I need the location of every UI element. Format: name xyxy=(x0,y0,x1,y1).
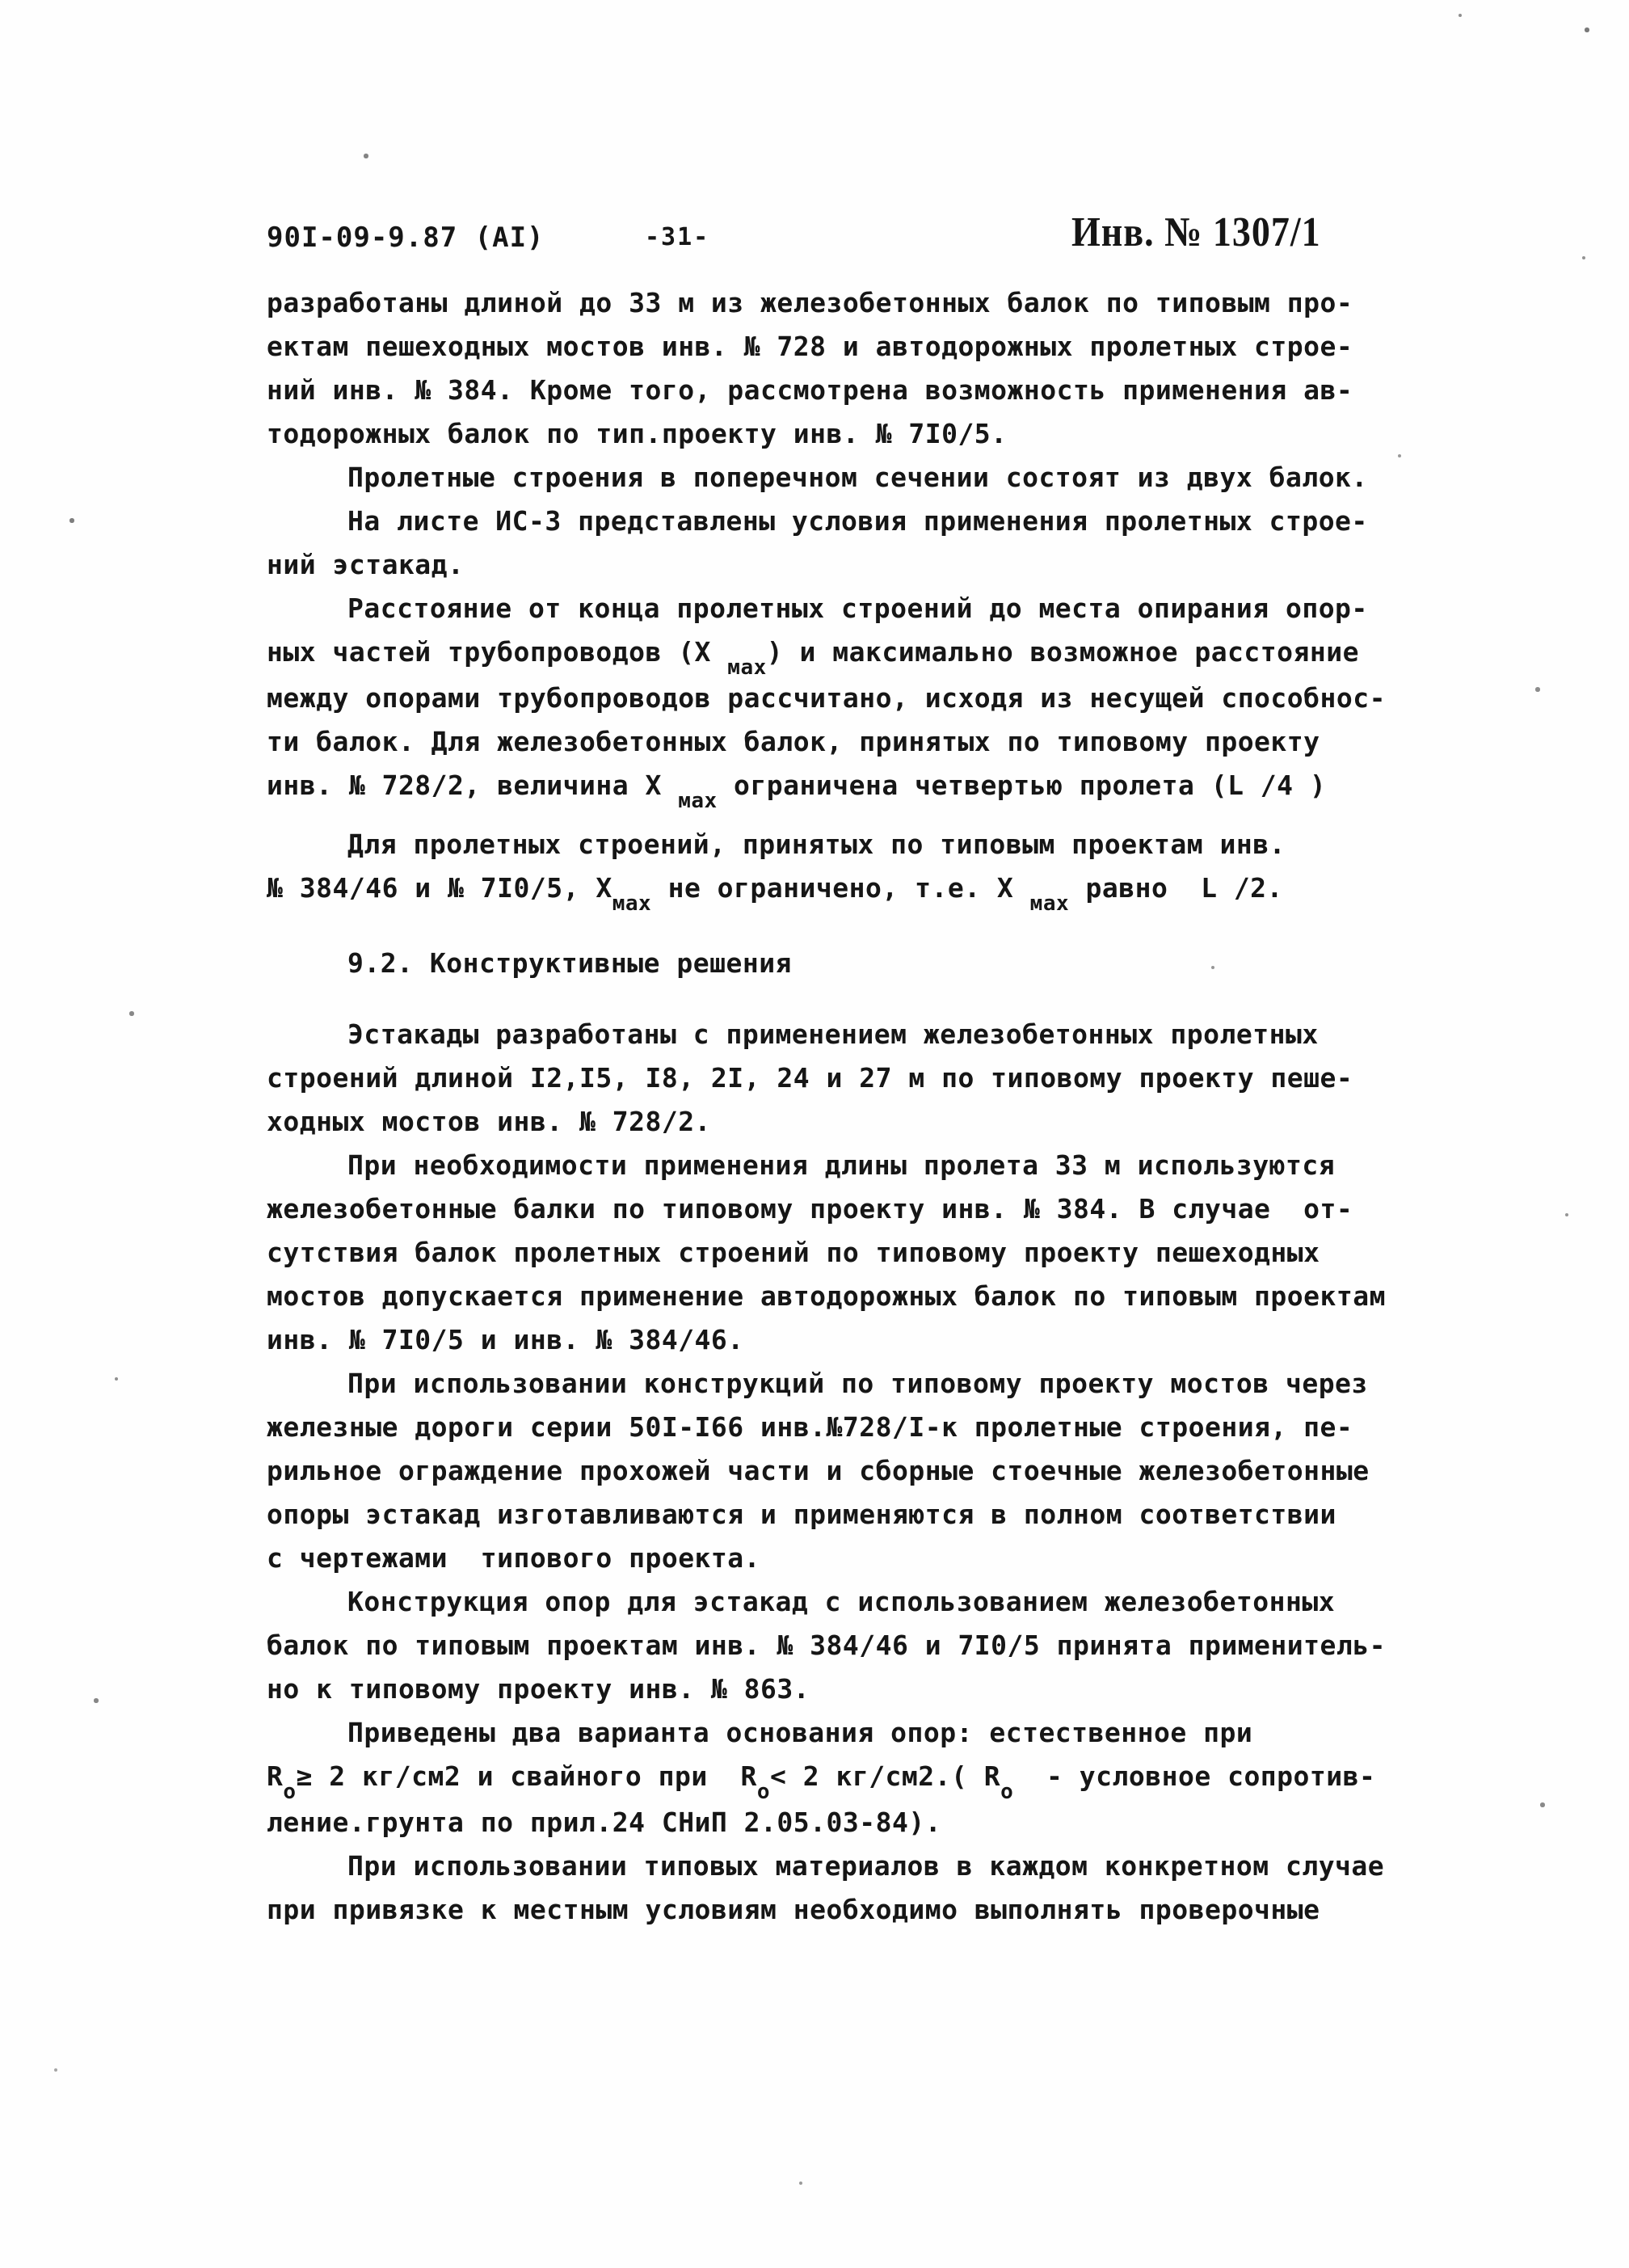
text-line: Расстояние от конца пролетных строений д… xyxy=(267,587,1414,630)
text-line: сутствия балок пролетных строений по тип… xyxy=(267,1231,1414,1275)
inventory-number: Инв. № 1307/1 xyxy=(1071,208,1321,255)
text-line: ний эстакад. xyxy=(267,543,1414,587)
text-line: балок по типовым проектам инв. № 384/46 … xyxy=(267,1624,1414,1667)
text-line: мостов допускается применение автодорожн… xyxy=(267,1275,1414,1318)
text-line: № 384/46 и № 7I0/5, Xмах не ограничено, … xyxy=(267,866,1414,913)
page-number: -31- xyxy=(645,223,709,251)
text-line: Rо≥ 2 кг/см2 и свайного при Rо< 2 кг/см2… xyxy=(267,1755,1414,1801)
section-heading: 9.2. Конструктивные решения xyxy=(267,942,1414,985)
paragraph: При использовании конструкций по типовом… xyxy=(267,1362,1414,1580)
paragraph: разработаны длиной до 33 м из железобето… xyxy=(267,281,1414,456)
text-line: При необходимости применения длины проле… xyxy=(267,1144,1414,1187)
text-line: При использовании конструкций по типовом… xyxy=(267,1362,1414,1406)
subscript-text: мах xyxy=(678,779,717,823)
text-line: ти балок. Для железобетонных балок, прин… xyxy=(267,720,1414,764)
text-line: при привязке к местным условиям необходи… xyxy=(267,1888,1414,1932)
subscript-text: о xyxy=(1000,1770,1013,1814)
paragraph: Приведены два варианта основания опор: е… xyxy=(267,1711,1414,1844)
paragraph: На листе ИС-3 представлены условия приме… xyxy=(267,500,1414,587)
text-line: инв. № 7I0/5 и инв. № 384/46. xyxy=(267,1318,1414,1362)
paragraph: Для пролетных строений, принятых по типо… xyxy=(267,823,1414,913)
text-line: рильное ограждение прохожей части и сбор… xyxy=(267,1449,1414,1493)
text-line: но к типовому проекту инв. № 863. xyxy=(267,1667,1414,1711)
paragraph: Пролетные строения в поперечном сечении … xyxy=(267,456,1414,500)
paragraph: При необходимости применения длины проле… xyxy=(267,1144,1414,1362)
paragraph: Эстакады разработаны с применением желез… xyxy=(267,1013,1414,1144)
text-line: ных частей трубопроводов (X мах) и макси… xyxy=(267,630,1414,677)
subscript-text: о xyxy=(757,1770,770,1814)
text-line: Эстакады разработаны с применением желез… xyxy=(267,1013,1414,1056)
text-line: ний инв. № 384. Кроме того, рассмотрена … xyxy=(267,369,1414,412)
paragraph: При использовании типовых материалов в к… xyxy=(267,1844,1414,1932)
page-header: 90I-09-9.87 (AI) -31- Инв. № 1307/1 xyxy=(267,217,1398,273)
text-line: Для пролетных строений, принятых по типо… xyxy=(267,823,1414,866)
text-line: строений длиной I2,I5, I8, 2I, 24 и 27 м… xyxy=(267,1056,1414,1100)
document-body: разработаны длиной до 33 м из железобето… xyxy=(267,281,1414,1932)
subscript-text: о xyxy=(283,1770,296,1814)
text-line: с чертежами типового проекта. xyxy=(267,1537,1414,1580)
text-line: На листе ИС-3 представлены условия приме… xyxy=(267,500,1414,543)
text-line: Конструкция опор для эстакад с использов… xyxy=(267,1580,1414,1624)
text-line: разработаны длиной до 33 м из железобето… xyxy=(267,281,1414,325)
text-line: При использовании типовых материалов в к… xyxy=(267,1844,1414,1888)
text-line: тодорожных балок по тип.проекту инв. № 7… xyxy=(267,412,1414,456)
text-line: инв. № 728/2, величина X мах ограничена … xyxy=(267,764,1414,810)
text-line: ление.грунта по прил.24 СНиП 2.05.03-84)… xyxy=(267,1801,1414,1844)
paragraph: Расстояние от конца пролетных строений д… xyxy=(267,587,1414,810)
section-heading-block: 9.2. Конструктивные решения xyxy=(267,942,1414,985)
text-line: Приведены два варианта основания опор: е… xyxy=(267,1711,1414,1755)
text-line: Пролетные строения в поперечном сечении … xyxy=(267,456,1414,500)
subscript-text: мах xyxy=(1030,882,1069,925)
subscript-text: мах xyxy=(612,882,651,925)
text-line: опоры эстакад изготавливаются и применяю… xyxy=(267,1493,1414,1537)
text-line: ходных мостов инв. № 728/2. xyxy=(267,1100,1414,1144)
text-line: железные дороги серии 50I-I66 инв.№728/I… xyxy=(267,1406,1414,1449)
text-line: железобетонные балки по типовому проекту… xyxy=(267,1187,1414,1231)
scan-noise xyxy=(0,0,2,2)
paragraph: Конструкция опор для эстакад с использов… xyxy=(267,1580,1414,1711)
text-line: между опорами трубопроводов рассчитано, … xyxy=(267,677,1414,720)
document-code: 90I-09-9.87 (AI) xyxy=(267,221,545,254)
subscript-text: мах xyxy=(727,646,766,689)
scanned-document-page: 90I-09-9.87 (AI) -31- Инв. № 1307/1 разр… xyxy=(0,0,1629,2268)
text-line: ектам пешеходных мостов инв. № 728 и авт… xyxy=(267,325,1414,369)
